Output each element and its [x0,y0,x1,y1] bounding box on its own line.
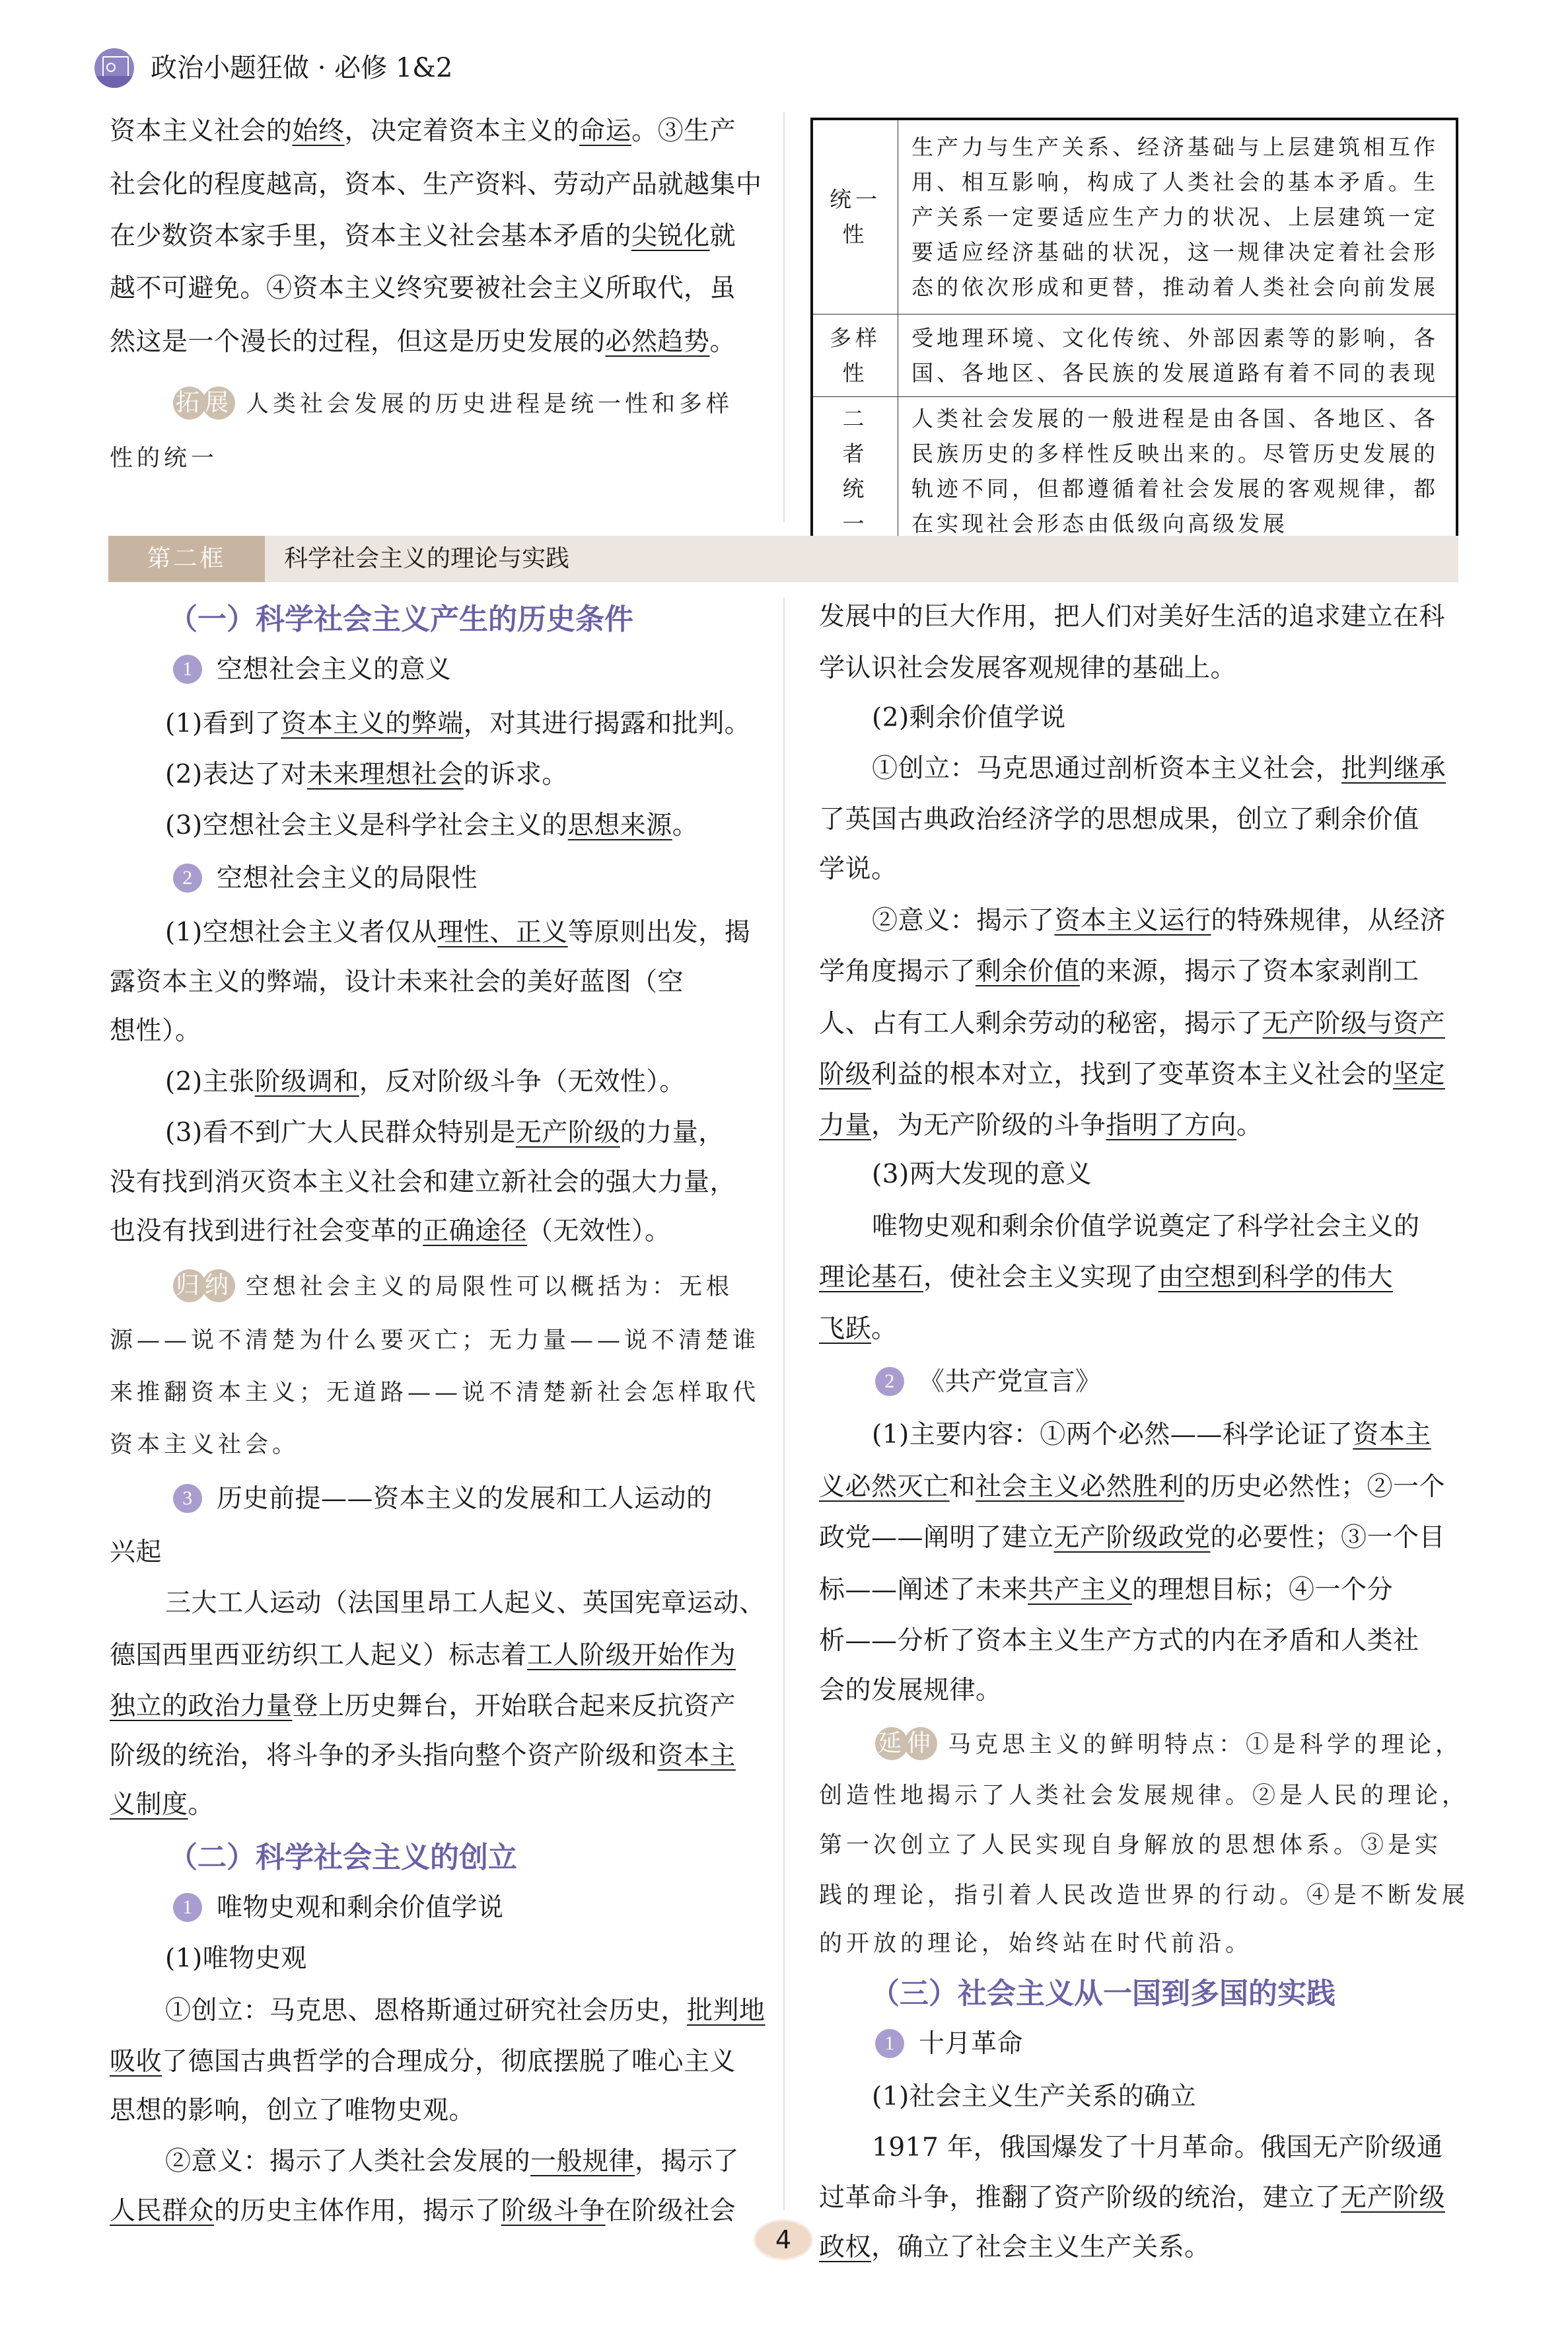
key-term: 批判地 [687,1996,766,2026]
subheading: 1唯物史观和剩余价值学说 [173,1892,504,1924]
key-term: 思想来源 [568,811,672,840]
text-line: 独立的政治力量登上历史舞台，开始联合起来反抗资产 [110,1691,736,1722]
note-line: 践的理论，指引着人民改造世界的行动。④是不断发展 [819,1880,1469,1911]
key-term: 无产阶级 [516,1118,620,1148]
key-term: 阶级调和 [255,1067,359,1097]
key-term: 阶级 [819,1060,871,1089]
text-line: ①创立：马克思、恩格斯通过研究社会历史，批判地 [165,1995,766,2027]
text-line: (1)主要内容：①两个必然——科学论证了资本主 [872,1419,1431,1451]
text-line: (1)唯物史观 [165,1943,307,1975]
text-line: 义制度。 [110,1789,214,1821]
callout-tag: 拓展 [173,387,231,420]
key-term: 无产阶级 [1341,2183,1445,2213]
text-line: ①创立：马克思通过剖析资本主义社会，批判继承 [872,753,1446,785]
table-row-label: 二者统一 [812,396,898,546]
text-line: (2)主张阶级调和，反对阶级斗争（无效性）。 [165,1066,686,1098]
text-line: 过革命斗争，推翻了资产阶级的统治，建立了无产阶级 [819,2182,1445,2214]
key-term: 社会主义必然胜利 [976,1472,1184,1502]
key-term: 义制度 [110,1790,188,1820]
book-title: 政治小题狂做 · 必修 1&2 [151,52,452,85]
text-line: 越不可避免。④资本主义终究要被社会主义所取代，虽 [110,273,736,305]
teacher-board-icon [94,48,134,88]
key-term: 飞跃 [819,1314,871,1344]
text-line: ②意义：揭示了人类社会发展的一般规律，揭示了 [165,2146,739,2178]
text-line: 学说。 [819,854,898,885]
key-term: 义必然灭亡 [819,1472,950,1502]
key-term: 由空想到科学的伟大 [1158,1263,1394,1292]
text-line: (2)表达了对未来理想社会的诉求。 [165,759,568,791]
section-heading: （一）科学社会主义产生的历史条件 [168,601,633,638]
text-line: 学认识社会发展客观规律的基础上。 [819,653,1236,684]
table-row: 多样性 受地理环境、文化传统、外部因素等的影响，各国、各地区、各民族的发展道路有… [812,314,1457,396]
key-term: 指明了方向 [1106,1111,1237,1140]
key-term: 正确途径 [423,1216,527,1246]
key-term: 吸收 [110,2047,162,2077]
text-line: 理论基石，使社会主义实现了由空想到科学的伟大 [819,1262,1393,1294]
section-heading: （二）科学社会主义的创立 [168,1839,517,1876]
key-term: 资本主 [658,1741,736,1771]
text-line: 了英国古典政治经济学的思想成果，创立了剩余价值 [819,804,1419,836]
number-badge: 2 [173,864,202,893]
text-line: 析——分析了资本主义生产方式的内在矛盾和人类社 [819,1625,1419,1657]
text-line: 思想的影响，创立了唯物史观。 [110,2095,475,2127]
note-line: 资本主义社会。 [110,1429,299,1461]
text-line: ②意义：揭示了资本主义运行的特殊规律，从经济 [872,905,1446,937]
number-badge: 3 [173,1484,202,1513]
text-line: 社会化的程度越高，资本、生产资料、劳动产品就越集中 [110,169,762,201]
subheading: 1十月革命 [875,2028,1023,2060]
section-title: 科学社会主义的理论与实践 [284,536,569,582]
note-line: 拓展人类社会发展的历史进程是统一性和多样 [173,388,733,420]
text-line: 义必然灭亡和社会主义必然胜利的历史必然性；②一个 [819,1471,1445,1503]
note-line: 来推翻资本主义；无道路——说不清楚新社会怎样取代 [110,1377,760,1409]
subheading: 2《共产党宣言》 [875,1366,1102,1398]
text-line: (1)社会主义生产关系的确立 [872,2081,1196,2113]
key-term: 力量 [819,1111,871,1140]
key-term: 尖锐化 [631,221,710,251]
text-line: 想性）。 [110,1015,201,1047]
table-row: 二者统一 人类社会发展的一般进程是由各国、各地区、各民族历史的多样性反映出来的。… [812,396,1457,546]
key-term: 人民群众 [110,2196,214,2226]
subheading: 2空想社会主义的局限性 [173,863,478,895]
note-line: 性的统一 [110,443,218,474]
text-line: 也没有找到进行社会变革的正确途径（无效性）。 [110,1216,671,1247]
note-line: 创造性地揭示了人类社会发展规律。②是人民的理论， [819,1780,1469,1812]
note-line: 的开放的理论，始终站在时代前沿。 [819,1928,1252,1960]
text-line: (2)剩余价值学说 [872,702,1066,734]
key-term: 资本主义运行 [1055,906,1211,936]
number-badge: 1 [173,655,202,684]
text-line: (3)两大发现的意义 [872,1159,1092,1191]
note-line: 源——说不清楚为什么要灭亡；无力量——说不清楚谁 [110,1325,760,1356]
subheading: 3历史前提——资本主义的发展和工人运动的 [173,1483,713,1515]
key-term: 工人阶级开始作为 [527,1641,736,1670]
number-badge: 2 [875,1367,904,1396]
text-line: 政党——阐明了建立无产阶级政党的必要性；③一个目 [819,1522,1445,1554]
page-number: 4 [754,2219,813,2260]
note-line: 第一次创立了人民实现自身解放的思想体系。③是实 [819,1829,1442,1861]
number-badge: 1 [173,1893,202,1922]
note-line: 延伸马克思主义的鲜明特点：①是科学的理论， [875,1729,1462,1761]
text-line: 力量，为无产阶级的斗争指明了方向。 [819,1110,1263,1142]
text-line: (1)空想社会主义者仅从理性、正义等原则出发，揭 [165,917,750,949]
text-line: 标——阐述了未来共产主义的理想目标；④一个分 [819,1574,1393,1606]
callout-tag: 归纳 [173,1269,231,1302]
text-line: 露资本主义的弊端，设计未来社会的美好蓝图（空 [110,967,684,998]
key-term: 理论基石 [819,1263,923,1292]
key-term: 资本主 [1353,1420,1431,1450]
text-line: 然这是一个漫长的过程，但这是历史发展的必然趋势。 [110,326,736,358]
column-divider [783,112,785,522]
table-row-text: 生产力与生产关系、经济基础与上层建筑相互作用、相互影响，构成了人类社会的基本矛盾… [898,119,1458,314]
subheading: 1空想社会主义的意义 [173,654,452,686]
text-line: 唯物史观和剩余价值学说奠定了科学社会主义的 [872,1211,1420,1243]
text-line: 兴起 [110,1537,162,1568]
section-heading: （三）社会主义从一国到多国的实践 [871,1975,1336,2012]
number-badge: 1 [875,2029,904,2058]
table-row-text: 人类社会发展的一般进程是由各国、各地区、各民族历史的多样性反映出来的。尽管历史发… [898,396,1458,546]
text-line: 三大工人运动（法国里昂工人起义、英国宪章运动、 [165,1588,766,1619]
key-term: 必然趋势 [606,327,710,357]
text-line: 1917 年，俄国爆发了十月革命。俄国无产阶级通 [872,2132,1443,2164]
text-line: 政权，确立了社会主义生产关系。 [819,2232,1211,2264]
text-line: 阶级利益的根本对立，找到了变革资本主义社会的坚定 [819,1059,1445,1091]
key-term: 无产阶级政党 [1054,1523,1211,1553]
note-line: 归纳空想社会主义的局限性可以概括为：无根 [173,1271,733,1303]
text-line: 发展中的巨大作用，把人们对美好生活的追求建立在科 [819,601,1445,633]
text-line: 人、占有工人剩余劳动的秘密，揭示了无产阶级与资产 [819,1008,1445,1040]
text-line: 没有找到消灭资本主义社会和建立新社会的强大力量， [110,1167,736,1199]
text-line: (1)看到了资本主义的弊端，对其进行揭露和批判。 [165,708,750,740]
text-line: 吸收了德国古典哲学的合理成分，彻底摆脱了唯心主义 [110,2046,736,2078]
key-term: 政权 [819,2233,871,2262]
table-row: 统一性 生产力与生产关系、经济基础与上层建筑相互作用、相互影响，构成了人类社会的… [812,119,1457,314]
unity-diversity-table: 统一性 生产力与生产关系、经济基础与上层建筑相互作用、相互影响，构成了人类社会的… [810,118,1458,548]
text-line: 会的发展规律。 [819,1675,1002,1707]
table-row-label: 统一性 [812,119,898,314]
column-divider [783,598,785,2210]
text-line: 阶级的统治，将斗争的矛头指向整个资产阶级和资本主 [110,1740,736,1772]
table-row-text: 受地理环境、文化传统、外部因素等的影响，各国、各地区、各民族的发展道路有着不同的… [898,314,1458,396]
key-term: 独立的政治力量 [110,1691,293,1721]
key-term: 未来理想社会 [307,760,464,790]
table-row-label: 多样性 [812,314,898,396]
key-term: 无产阶级与资产 [1263,1009,1446,1039]
key-term: 资本主义的弊端 [281,709,464,739]
key-term: 一般规律 [530,2147,635,2176]
key-term: 阶级斗争 [501,2196,606,2226]
key-term: 命运 [579,116,631,146]
text-line: 资本主义社会的始终，决定着资本主义的命运。③生产 [110,116,736,147]
key-term: 剩余价值 [976,957,1080,986]
key-term: 理性、正义 [437,918,568,947]
text-line: (3)空想社会主义是科学社会主义的思想来源。 [165,810,698,842]
text-line: 学角度揭示了剩余价值的来源，揭示了资本家剥削工 [819,956,1419,988]
text-line: 在少数资本家手里，资本主义社会基本矛盾的尖锐化就 [110,221,736,252]
text-line: 人民群众的历史主体作用，揭示了阶级斗争在阶级社会 [110,2196,736,2227]
key-term: 批判继承 [1341,754,1446,784]
text-line: 德国西里西亚纺织工人起义）标志着工人阶级开始作为 [110,1640,736,1672]
callout-tag: 延伸 [875,1727,933,1760]
text-line: 飞跃。 [819,1313,898,1345]
key-term: 始终 [293,116,345,146]
key-term: 共产主义 [1028,1575,1132,1605]
key-term: 坚定 [1393,1060,1445,1089]
section-number: 第二框 [108,536,265,582]
text-line: (3)看不到广大人民群众特别是无产阶级的力量， [165,1117,725,1149]
